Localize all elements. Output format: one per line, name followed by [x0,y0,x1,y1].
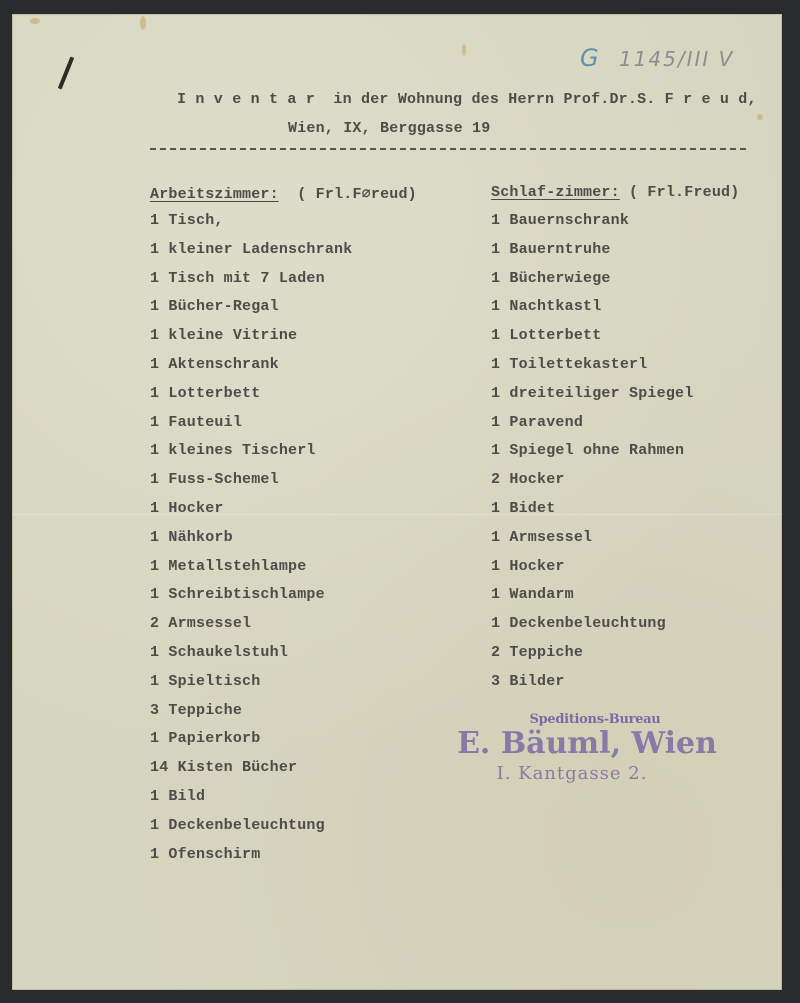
list-item: 1 dreiteiliger Spiegel [491,385,739,414]
item-name: Deckenbeleuchtung [509,615,665,632]
item-quantity: 1 [491,270,500,287]
list-item: 1 Ofenschirm [150,846,417,875]
item-quantity: 1 [150,471,159,488]
item-name: Aktenschrank [168,356,278,373]
list-item: 1 Tisch, [150,212,417,241]
item-quantity: 1 [150,644,159,661]
inventory-column-arbeitszimmer: Arbeitszimmer: ( Frl.F∅reud) 1 Tisch,1 k… [150,184,417,874]
item-name: Bücherwiege [509,270,610,287]
item-name: Wandarm [509,586,573,603]
list-item: 1 Paravend [491,414,739,443]
item-quantity: 1 [491,241,500,258]
list-item: 1 Bidet [491,500,739,529]
item-quantity: 1 [491,212,500,229]
list-item: 1 kleine Vitrine [150,327,417,356]
list-item: 1 Nachtkastl [491,298,739,327]
list-item: 1 Metallstehlampe [150,558,417,587]
item-name: Teppiche [509,644,583,661]
annotation-reference: 1145/III V [619,47,734,71]
list-item: 3 Bilder [491,673,739,702]
list-item: 1 Lotterbett [150,385,417,414]
ink-mark [58,56,74,89]
annotation-letter: G [580,44,599,72]
list-item: 1 Bücher-Regal [150,298,417,327]
item-quantity: 14 [150,759,168,776]
list-item: 1 Bauernschrank [491,212,739,241]
column-header: Arbeitszimmer: ( Frl.F∅reud) [150,184,417,212]
item-quantity: 1 [150,298,159,315]
list-item: 1 Armsessel [491,529,739,558]
list-item: 2 Hocker [491,471,739,500]
item-quantity: 1 [491,414,500,431]
list-item: 2 Teppiche [491,644,739,673]
shipping-company-stamp: Speditions-Bureau E. Bäuml, Wien I. Kant… [457,712,717,784]
item-quantity: 1 [150,442,159,459]
item-quantity: 3 [150,702,159,719]
room-owner: ( Frl.F∅reud) [297,186,417,203]
list-item: 1 Deckenbeleuchtung [491,615,739,644]
list-item: 1 Hocker [491,558,739,587]
room-name: Arbeitszimmer: [150,186,279,203]
paper-stain [30,18,40,24]
list-item: 1 Nähkorb [150,529,417,558]
item-name: Hocker [168,500,223,517]
item-name: Hocker [509,471,564,488]
item-quantity: 1 [150,212,159,229]
list-item: 1 Toilettekasterl [491,356,739,385]
item-name: Paravend [509,414,583,431]
column-header: Schlaf-zimmer: ( Frl.Freud) [491,184,739,212]
item-name: Ofenschirm [168,846,260,863]
item-name: dreiteiliger Spiegel [509,385,693,402]
list-item: 1 Aktenschrank [150,356,417,385]
item-name: Bild [168,788,205,805]
item-name: Schaukelstuhl [168,644,288,661]
item-quantity: 2 [150,615,159,632]
list-item: 1 Bild [150,788,417,817]
item-name: Metallstehlampe [168,558,306,575]
item-quantity: 1 [150,730,159,747]
list-item: 1 kleines Tischerl [150,442,417,471]
item-name: Bauernschrank [509,212,629,229]
list-item: 1 Bauerntruhe [491,241,739,270]
item-name: Armsessel [168,615,251,632]
item-quantity: 1 [491,356,500,373]
item-name: Bilder [509,673,564,690]
item-name: Lotterbett [509,327,601,344]
item-name: Fuss-Schemel [168,471,278,488]
list-item: 3 Teppiche [150,702,417,731]
inventory-column-schlafzimmer: Schlaf-zimmer: ( Frl.Freud) 1 Bauernschr… [491,184,739,702]
list-item: 1 Fauteuil [150,414,417,443]
item-quantity: 1 [150,673,159,690]
list-item: 1 Deckenbeleuchtung [150,817,417,846]
item-quantity: 1 [150,356,159,373]
item-name: Bauerntruhe [509,241,610,258]
item-quantity: 1 [150,385,159,402]
item-name: Tisch mit 7 Laden [168,270,324,287]
item-name: kleine Vitrine [168,327,297,344]
item-quantity: 1 [491,385,500,402]
item-quantity: 1 [491,586,500,603]
item-name: Spieltisch [168,673,260,690]
document-page: G 1145/III V I n v e n t a r in der Wohn… [12,14,782,990]
stamp-line-2: E. Bäuml, Wien [457,727,717,761]
item-name: Tisch, [168,212,223,229]
stamp-line-1: Speditions-Bureau [457,712,717,727]
paper-stain [757,114,763,120]
item-quantity: 1 [491,298,500,315]
item-name: Teppiche [168,702,242,719]
item-quantity: 1 [150,788,159,805]
item-quantity: 1 [491,615,500,632]
item-quantity: 1 [491,500,500,517]
item-quantity: 1 [491,327,500,344]
item-quantity: 2 [491,471,500,488]
item-quantity: 1 [491,558,500,575]
list-item: 1 Fuss-Schemel [150,471,417,500]
list-item: 1 Wandarm [491,586,739,615]
item-name: Armsessel [509,529,592,546]
item-name: Nähkorb [168,529,232,546]
item-quantity: 2 [491,644,500,661]
document-title: I n v e n t a r in der Wohnung des Herrn… [177,91,757,108]
item-name: Bidet [509,500,555,517]
item-name: Bücher-Regal [168,298,278,315]
item-quantity: 1 [150,529,159,546]
item-name: Fauteuil [168,414,242,431]
item-list: 1 Bauernschrank1 Bauerntruhe1 Bücherwieg… [491,212,739,702]
room-owner: ( Frl.Freud) [629,184,739,201]
item-quantity: 1 [150,270,159,287]
list-item: 14 Kisten Bücher [150,759,417,788]
item-quantity: 1 [150,846,159,863]
item-name: kleiner Ladenschrank [168,241,352,258]
item-name: Hocker [509,558,564,575]
item-quantity: 1 [150,817,159,834]
item-name: Nachtkastl [509,298,601,315]
item-quantity: 1 [150,586,159,603]
item-quantity: 1 [150,327,159,344]
list-item: 1 Lotterbett [491,327,739,356]
handwritten-annotation: G 1145/III V [580,44,734,72]
list-item: 1 Hocker [150,500,417,529]
dashed-divider [150,148,746,152]
document-address: Wien, IX, Berggasse 19 [288,120,490,137]
stamp-line-3: I. Kantgasse 2. [457,763,717,784]
item-quantity: 3 [491,673,500,690]
list-item: 1 kleiner Ladenschrank [150,241,417,270]
list-item: 1 Bücherwiege [491,270,739,299]
item-name: Kisten Bücher [178,759,298,776]
item-quantity: 1 [150,558,159,575]
item-quantity: 1 [491,529,500,546]
item-name: Papierkorb [168,730,260,747]
item-name: Schreibtischlampe [168,586,324,603]
list-item: 1 Papierkorb [150,730,417,759]
item-quantity: 1 [150,414,159,431]
list-item: 1 Schreibtischlampe [150,586,417,615]
item-name: Toilettekasterl [509,356,647,373]
list-item: 1 Schaukelstuhl [150,644,417,673]
room-name: Schlaf-zimmer: [491,184,620,201]
item-list: 1 Tisch,1 kleiner Ladenschrank1 Tisch mi… [150,212,417,874]
item-quantity: 1 [150,241,159,258]
item-quantity: 1 [150,500,159,517]
item-quantity: 1 [491,442,500,459]
list-item: 1 Tisch mit 7 Laden [150,270,417,299]
item-name: Lotterbett [168,385,260,402]
list-item: 1 Spieltisch [150,673,417,702]
paper-stain [462,44,466,56]
list-item: 2 Armsessel [150,615,417,644]
item-name: kleines Tischerl [168,442,315,459]
list-item: 1 Spiegel ohne Rahmen [491,442,739,471]
item-name: Deckenbeleuchtung [168,817,324,834]
paper-stain [140,16,146,30]
item-name: Spiegel ohne Rahmen [509,442,684,459]
